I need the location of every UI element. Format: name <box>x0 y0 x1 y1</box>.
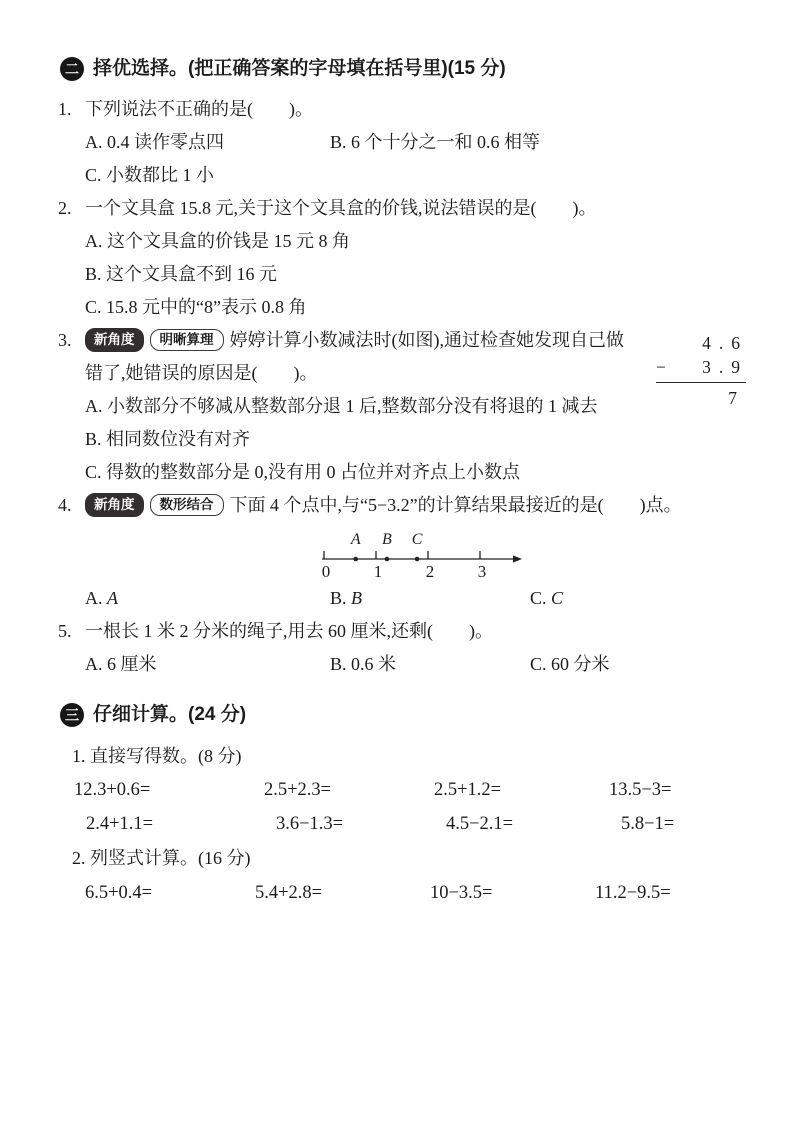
question-1-text: 1.下列说法不正确的是( )。 <box>58 93 745 126</box>
svg-text:C: C <box>412 531 423 548</box>
question-3-text: 3.新角度明晰算理婷婷计算小数减法时(如图),通过检查她发现自己做错了,她错误的… <box>58 324 745 390</box>
question-2-option-b: B. 这个文具盒不到 16 元 <box>85 258 277 291</box>
question-5-option-b: B. 0.6 米 <box>330 648 530 681</box>
question-3-stem-line1: 婷婷计算小数减法时(如图),通过检查她发现自己做 <box>230 330 625 350</box>
svg-text:B: B <box>382 531 392 548</box>
expression: 5.8−1= <box>621 807 674 841</box>
question-4-option-b: B. B <box>330 582 530 615</box>
worksheet-page: 二 择优选择。(把正确答案的字母填在括号里)(15 分) 1.下列说法不正确的是… <box>0 0 793 1121</box>
question-2: 2.一个文具盒 15.8 元,关于这个文具盒的价钱,说法错误的是( )。 A. … <box>58 192 745 324</box>
expression: 2.5+2.3= <box>264 773 434 807</box>
question-2-text: 2.一个文具盒 15.8 元,关于这个文具盒的价钱,说法错误的是( )。 <box>58 192 745 225</box>
section-calc-header: 三 仔细计算。(24 分) <box>60 702 745 728</box>
expression: 2.4+1.1= <box>86 807 276 841</box>
new-angle-badge: 新角度 <box>85 328 144 352</box>
svg-text:0: 0 <box>322 562 331 581</box>
minus-operator: − <box>656 355 666 379</box>
direct-calc-row-1: 12.3+0.6= 2.5+2.3= 2.5+1.2= 13.5−3= <box>74 773 745 807</box>
number-line-svg: 0123ABC <box>318 529 528 581</box>
question-1-option-a: A. 0.4 读作零点四 <box>85 126 330 159</box>
question-4: 4.新角度数形结合下面 4 个点中,与“5−3.2”的计算结果最接近的是( )点… <box>58 489 745 615</box>
question-3-stem-line2: 错了,她错误的原因是( )。 <box>85 363 318 383</box>
section-calc: 三 仔细计算。(24 分) 1. 直接写得数。(8 分) 12.3+0.6= 2… <box>58 702 745 910</box>
question-2-option-a-row: A. 这个文具盒的价钱是 15 元 8 角 <box>85 225 745 258</box>
question-1-option-b: B. 6 个十分之一和 0.6 相等 <box>330 126 540 159</box>
section-choice-header: 二 择优选择。(把正确答案的字母填在括号里)(15 分) <box>60 56 745 82</box>
section-two-circle-icon: 二 <box>60 57 84 81</box>
question-5-number: 5. <box>58 615 81 648</box>
svg-text:1: 1 <box>374 562 383 581</box>
question-3-option-c: C. 得数的整数部分是 0,没有用 0 占位并对齐点上小数点 <box>85 456 520 489</box>
section-three-circle-icon: 三 <box>60 703 84 727</box>
question-5-options-row: A. 6 厘米 B. 0.6 米 C. 60 分米 <box>85 648 745 681</box>
question-5-text: 5.一根长 1 米 2 分米的绳子,用去 60 厘米,还剩( )。 <box>58 615 745 648</box>
question-5-option-a: A. 6 厘米 <box>85 648 330 681</box>
vertical-subtrahend-row: − 3.9 <box>656 355 746 383</box>
question-4-stem: 下面 4 个点中,与“5−3.2”的计算结果最接近的是( )点。 <box>230 495 682 515</box>
question-3-option-a-row: A. 小数部分不够减从整数部分退 1 后,整数部分没有将退的 1 减去 <box>85 390 745 423</box>
expression: 13.5−3= <box>609 773 672 807</box>
question-4-options-row: A. A B. B C. C <box>85 582 745 615</box>
new-angle-badge: 新角度 <box>85 493 144 517</box>
number-line: 0123ABC <box>318 529 745 581</box>
question-5-stem: 一根长 1 米 2 分米的绳子,用去 60 厘米,还剩( )。 <box>85 621 493 641</box>
section-choice: 二 择优选择。(把正确答案的字母填在括号里)(15 分) 1.下列说法不正确的是… <box>58 56 745 681</box>
question-3-number: 3. <box>58 324 81 357</box>
expression: 11.2−9.5= <box>595 876 671 910</box>
question-3: 3.新角度明晰算理婷婷计算小数减法时(如图),通过检查她发现自己做错了,她错误的… <box>58 324 745 489</box>
clear-reasoning-badge: 明晰算理 <box>150 329 224 351</box>
question-2-option-b-row: B. 这个文具盒不到 16 元 <box>85 258 745 291</box>
question-2-option-c: C. 15.8 元中的“8”表示 0.8 角 <box>85 291 306 324</box>
column-form-title: 2. 列竖式计算。(16 分) <box>72 841 745 875</box>
question-2-option-a: A. 这个文具盒的价钱是 15 元 8 角 <box>85 225 350 258</box>
question-4-number: 4. <box>58 489 81 522</box>
vertical-subtrahend: 3.9 <box>702 355 748 379</box>
expression: 3.6−1.3= <box>276 807 446 841</box>
question-1-options-row-1: A. 0.4 读作零点四 B. 6 个十分之一和 0.6 相等 <box>85 126 745 159</box>
expression: 10−3.5= <box>430 876 595 910</box>
question-3-option-a: A. 小数部分不够减从整数部分退 1 后,整数部分没有将退的 1 减去 <box>85 390 598 423</box>
vertical-result: 7 <box>656 386 746 410</box>
question-1-number: 1. <box>58 93 81 126</box>
section-calc-title: 仔细计算。(24 分) <box>93 702 246 728</box>
direct-calc-row-2: 2.4+1.1= 3.6−1.3= 4.5−2.1= 5.8−1= <box>86 807 745 841</box>
question-2-option-c-row: C. 15.8 元中的“8”表示 0.8 角 <box>85 291 745 324</box>
question-1-stem: 下列说法不正确的是( )。 <box>85 99 313 119</box>
section-choice-title: 择优选择。(把正确答案的字母填在括号里)(15 分) <box>93 56 506 82</box>
direct-calc-title: 1. 直接写得数。(8 分) <box>72 739 745 773</box>
vertical-minuend: 4.6 <box>656 331 746 355</box>
expression: 4.5−2.1= <box>446 807 621 841</box>
question-4-option-a: A. A <box>85 582 330 615</box>
question-5-option-c: C. 60 分米 <box>530 648 610 681</box>
question-3-option-b: B. 相同数位没有对齐 <box>85 423 250 456</box>
vertical-subtraction-figure: 4.6 − 3.9 7 <box>656 331 746 410</box>
question-2-stem: 一个文具盒 15.8 元,关于这个文具盒的价钱,说法错误的是( )。 <box>85 198 597 218</box>
question-3-option-c-row: C. 得数的整数部分是 0,没有用 0 占位并对齐点上小数点 <box>85 456 745 489</box>
expression: 12.3+0.6= <box>74 773 264 807</box>
svg-text:2: 2 <box>426 562 435 581</box>
question-1: 1.下列说法不正确的是( )。 A. 0.4 读作零点四 B. 6 个十分之一和… <box>58 93 745 192</box>
question-5: 5.一根长 1 米 2 分米的绳子,用去 60 厘米,还剩( )。 A. 6 厘… <box>58 615 745 681</box>
svg-text:3: 3 <box>478 562 487 581</box>
expression: 5.4+2.8= <box>255 876 430 910</box>
question-4-text: 4.新角度数形结合下面 4 个点中,与“5−3.2”的计算结果最接近的是( )点… <box>58 489 745 522</box>
expression: 6.5+0.4= <box>85 876 255 910</box>
question-1-option-c: C. 小数都比 1 小 <box>85 159 214 192</box>
column-form-row: 6.5+0.4= 5.4+2.8= 10−3.5= 11.2−9.5= <box>85 876 745 910</box>
svg-text:A: A <box>350 531 361 548</box>
question-1-options-row-2: C. 小数都比 1 小 <box>85 159 745 192</box>
question-4-option-c: C. C <box>530 582 563 615</box>
expression: 2.5+1.2= <box>434 773 609 807</box>
number-shape-badge: 数形结合 <box>150 494 224 516</box>
question-3-option-b-row: B. 相同数位没有对齐 <box>85 423 745 456</box>
question-2-number: 2. <box>58 192 81 225</box>
